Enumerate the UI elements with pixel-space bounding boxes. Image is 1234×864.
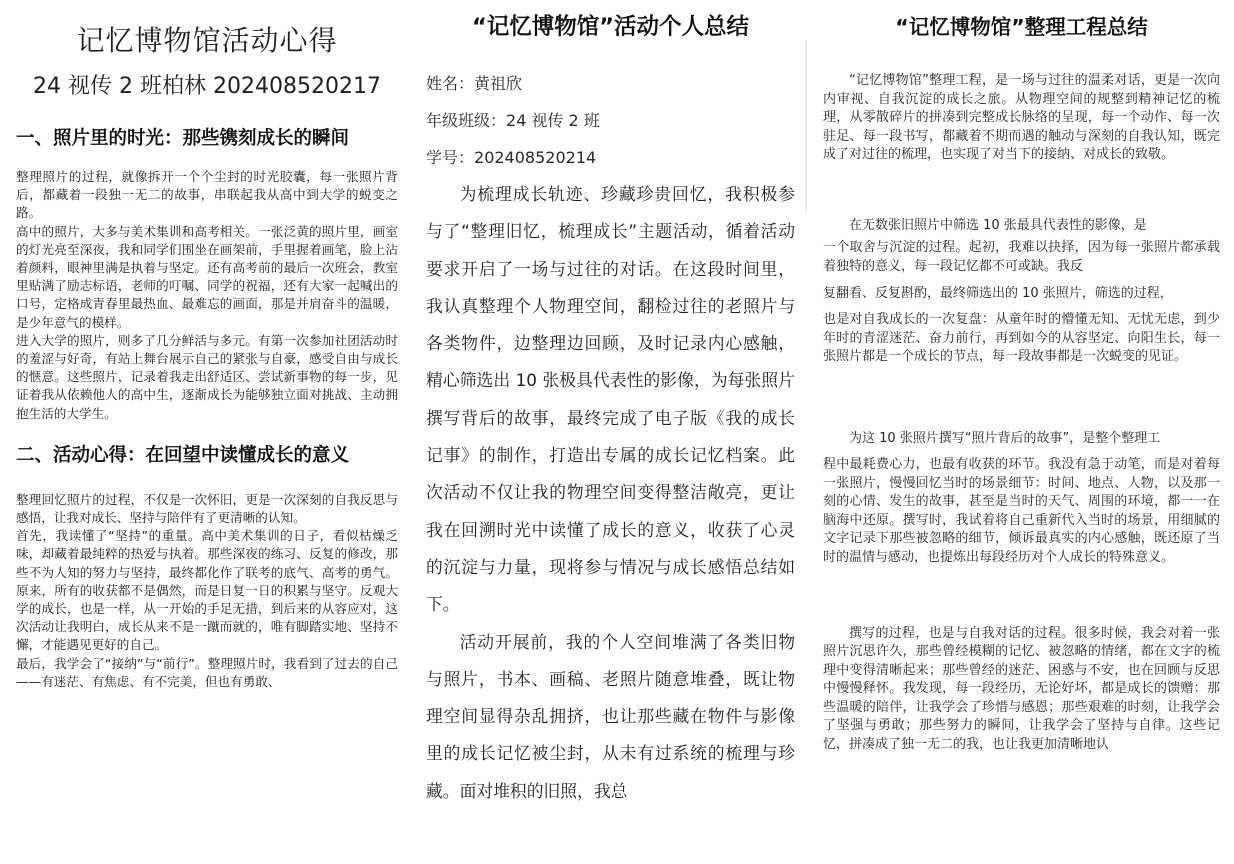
info-name-line: 姓名：黄祖欣 bbox=[426, 65, 795, 102]
middle-doc-title: “记忆博物馆”活动个人总结 bbox=[426, 0, 795, 44]
info-label: 姓名： bbox=[426, 74, 474, 93]
middle-document-page: “记忆博物馆”活动个人总结 姓名：黄祖欣 年级班级：24 视传 2 班 学号：2… bbox=[410, 0, 805, 864]
info-value: 24 视传 2 班 bbox=[506, 111, 600, 130]
left-doc-title: 记忆博物馆活动心得 bbox=[16, 0, 398, 60]
body-paragraph: 整理回忆照片的过程，不仅是一次怀旧，更是一次深刻的自我反思与感悟，让我对成长、坚… bbox=[16, 491, 398, 527]
body-paragraph-stories: 为这 10 张照片撰写“照片背后的故事”，是整个整理工 bbox=[823, 425, 1220, 452]
paragraph-line: 也是对自我成长的一次复盘：从童年时的懵懂无知、无忧无虑，到少年时的青涩迷茫、奋力… bbox=[823, 311, 1220, 367]
left-doc-author-line: 24 视传 2 班柏林 202408520217 bbox=[16, 60, 398, 104]
paragraph-line: 在无数张旧照片中筛选 10 张最具代表性的影像，是 bbox=[823, 212, 1220, 239]
info-class-line: 年级班级：24 视传 2 班 bbox=[426, 102, 795, 139]
info-label: 学号： bbox=[426, 148, 474, 167]
body-paragraph: 最后，我学会了“接纳”与“前行”。整理照片时，我看到了过去的自己——有迷茫、有焦… bbox=[16, 655, 398, 691]
body-paragraph: “记忆博物馆”整理工程，是一场与过往的温柔对话，更是一次向内审视、自我沉淀的成长… bbox=[823, 72, 1220, 165]
info-label: 年级班级： bbox=[426, 111, 506, 130]
section-heading-reflection: 二、活动心得：在回望中读懂成长的意义 bbox=[16, 435, 398, 477]
left-document-page: 记忆博物馆活动心得 24 视传 2 班柏林 202408520217 一、照片里… bbox=[0, 0, 410, 864]
body-paragraph-continued: 程中最耗费心力，也最有收获的环节。我没有急于动笔，而是对着每一张照片，慢慢回忆当… bbox=[823, 456, 1220, 568]
info-value: 黄祖欣 bbox=[474, 74, 522, 93]
body-paragraph: 高中的照片，大多与美术集训和高考相关。一张泛黄的照片里，画室的灯光亮至深夜，我和… bbox=[16, 223, 398, 332]
body-paragraph: 整理照片的过程，就像拆开一个个尘封的时光胶囊，每一张照片背后，都藏着一段独一无二… bbox=[16, 168, 398, 223]
paragraph-line: 一个取舍与沉淀的过程。起初，我难以抉择，因为每一张照片都承载着独特的意义，每一段… bbox=[823, 240, 1220, 274]
body-paragraph-continued: 一个取舍与沉淀的过程。起初，我难以抉择，因为每一张照片都承载着独特的意义，每一段… bbox=[823, 239, 1220, 367]
body-paragraph: 为梳理成长轨迹、珍藏珍贵回忆，我积极参与了“整理旧忆，梳理成长”主题活动，循着活… bbox=[426, 176, 795, 624]
body-paragraph: 撰写的过程，也是与自我对话的过程。很多时候，我会对着一张照片沉思许久，那些曾经模… bbox=[823, 625, 1220, 755]
paragraph-line: 复翻看、反复斟酌，最终筛选出的 10 张照片，筛选的过程， bbox=[823, 280, 1220, 307]
body-paragraph-selection: 在无数张旧照片中筛选 10 张最具代表性的影像，是 bbox=[823, 212, 1220, 239]
info-value: 202408520214 bbox=[474, 148, 596, 167]
student-info-block: 姓名：黄祖欣 年级班级：24 视传 2 班 学号：202408520214 bbox=[426, 44, 795, 176]
info-student-id-line: 学号：202408520214 bbox=[426, 139, 795, 176]
body-paragraph: 首先，我读懂了“坚持”的重量。高中美术集训的日子，看似枯燥乏味，却藏着最纯粹的热… bbox=[16, 527, 398, 654]
section-heading-photos: 一、照片里的时光：那些镌刻成长的瞬间 bbox=[16, 118, 398, 160]
right-doc-title: “记忆博物馆”整理工程总结 bbox=[823, 0, 1220, 44]
body-paragraph: 活动开展前，我的个人空间堆满了各类旧物与照片，书本、画稿、老照片随意堆叠，既让物… bbox=[426, 624, 795, 810]
body-paragraph: 进入大学的照片，则多了几分鲜活与多元。有第一次参加社团活动时的羞涩与好奇，有站上… bbox=[16, 332, 398, 423]
right-document-page: “记忆博物馆”整理工程总结 “记忆博物馆”整理工程，是一场与过往的温柔对话，更是… bbox=[805, 0, 1234, 864]
paragraph-line: 为这 10 张照片撰写“照片背后的故事”，是整个整理工 bbox=[823, 425, 1220, 452]
